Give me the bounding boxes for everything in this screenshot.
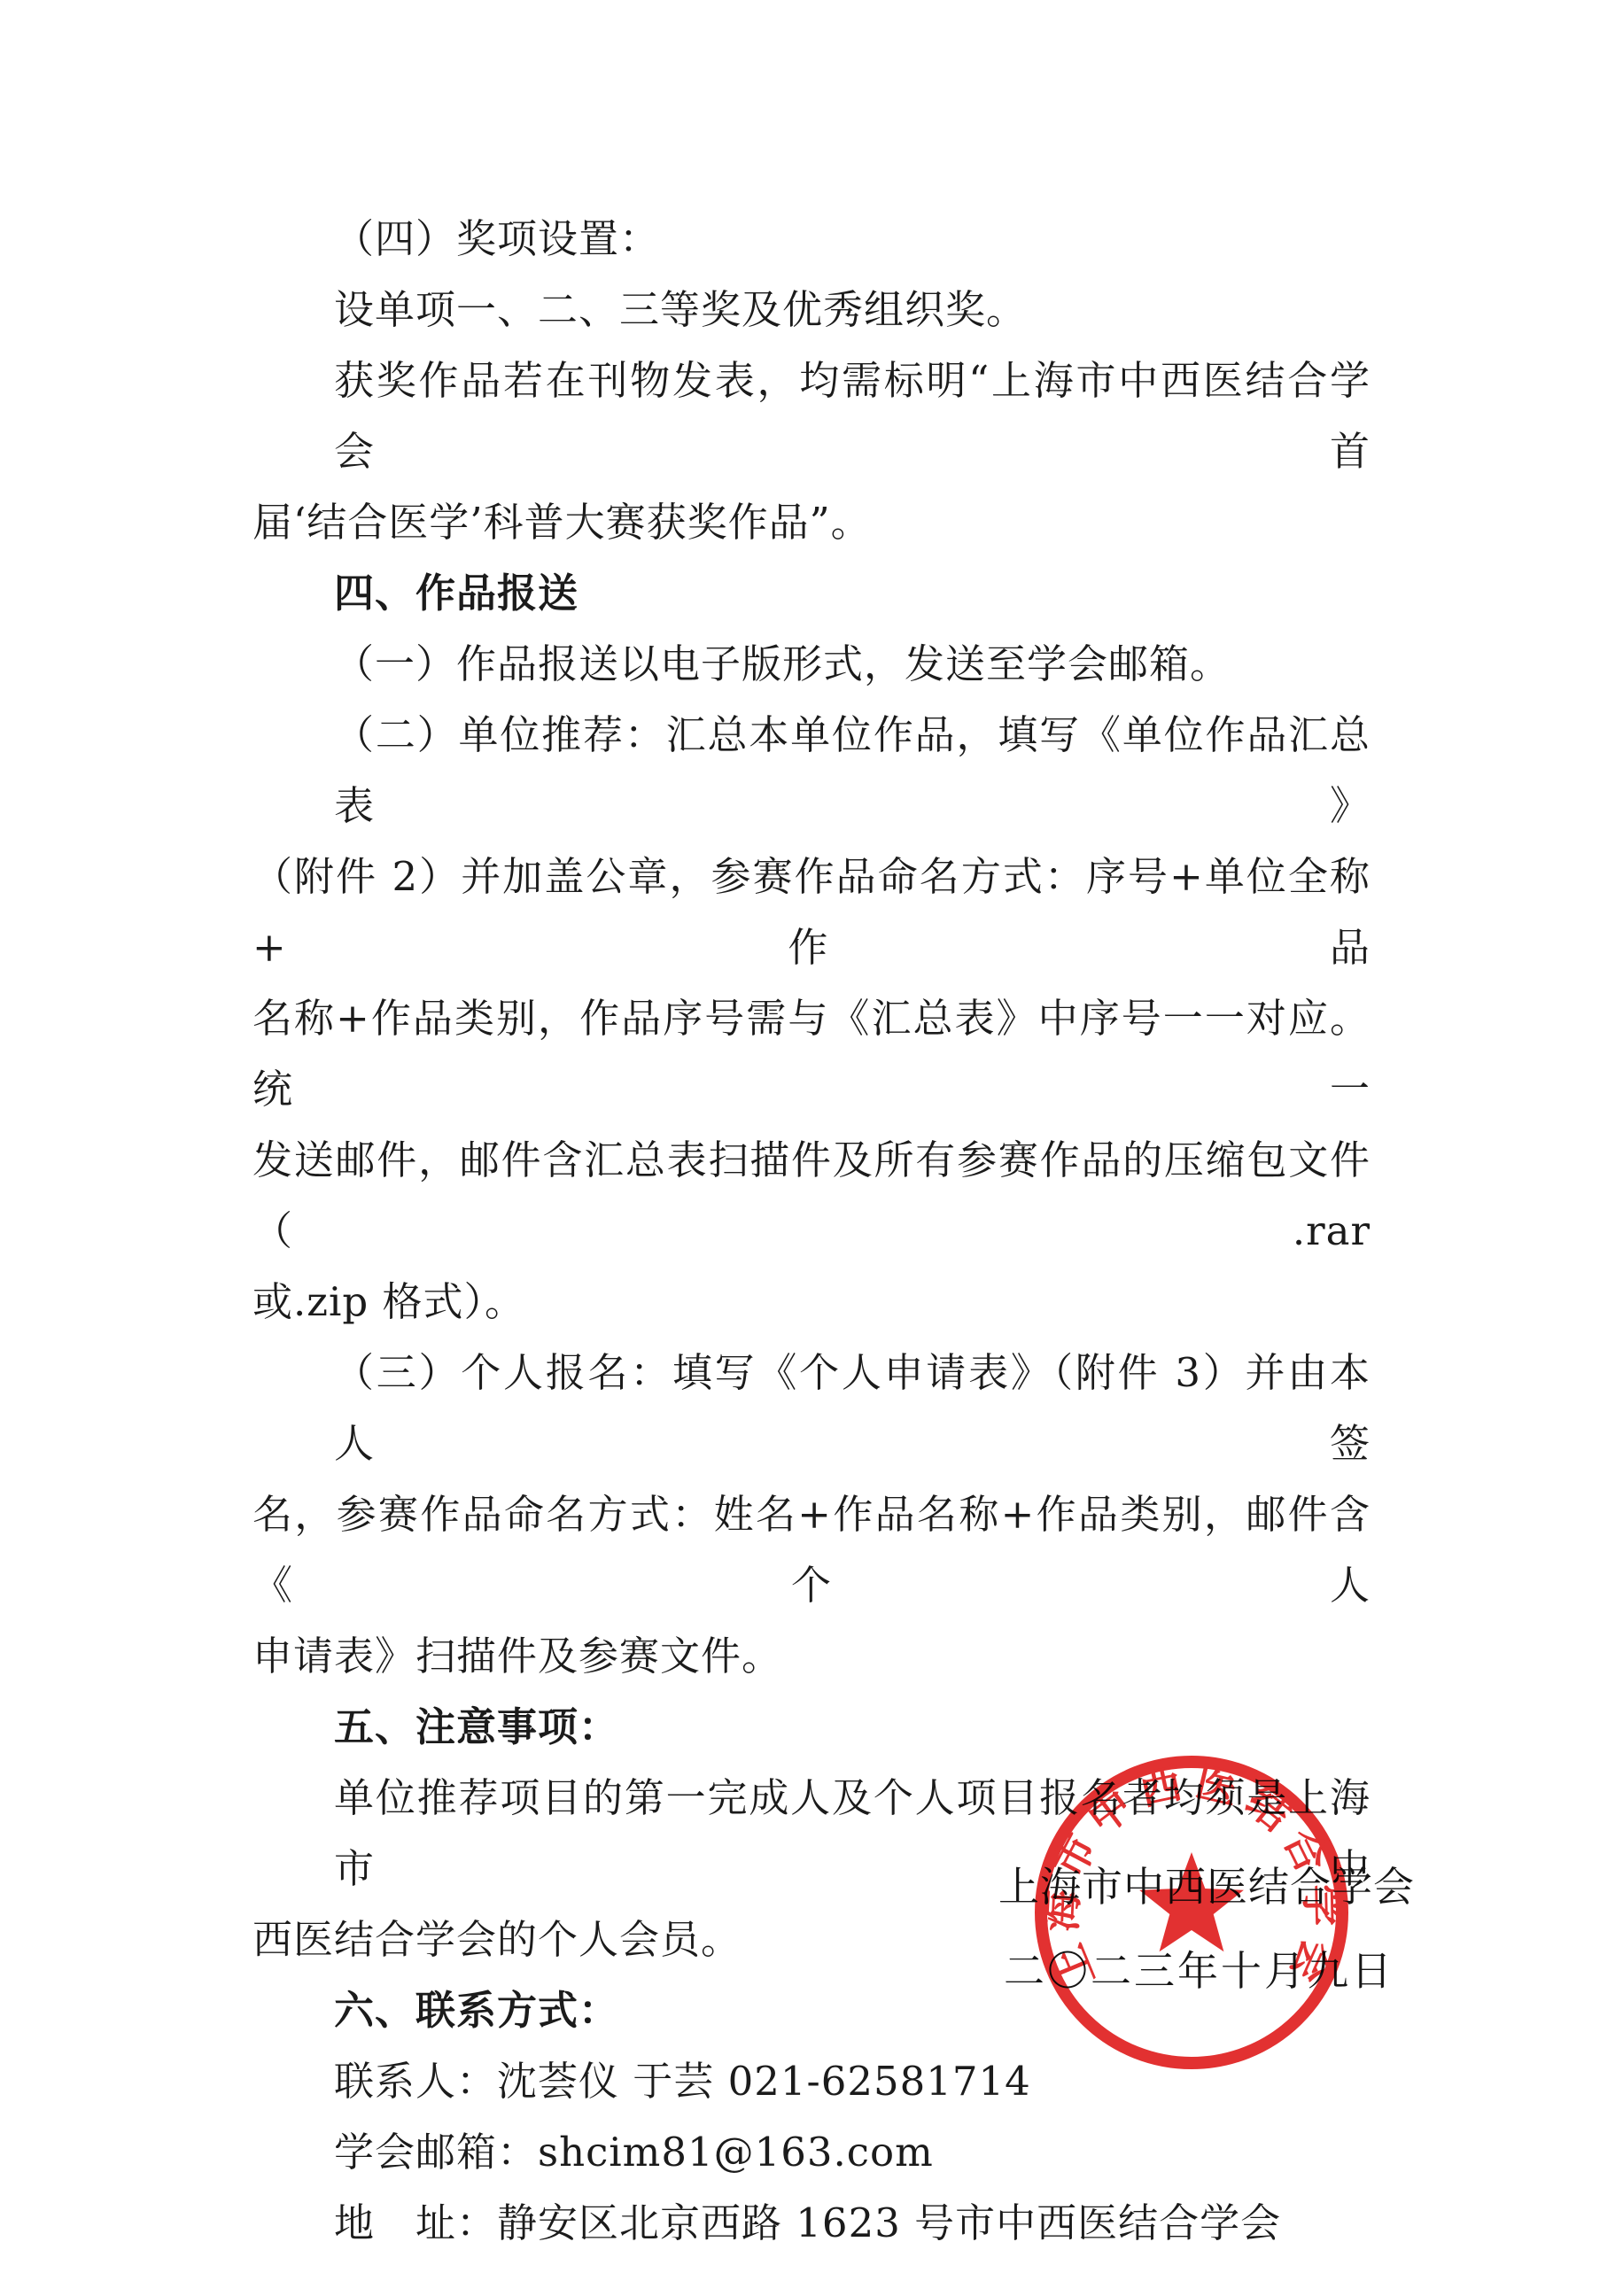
doc-line: 名，参赛作品命名方式：姓名+作品名称+作品类别，邮件含《个人: [252, 1479, 1371, 1621]
official-seal: 上海市中西医结合学会: [997, 1718, 1386, 2107]
doc-line: （三）个人报名：填写《个人申请表》（附件 3）并由本人签: [252, 1338, 1371, 1479]
doc-line: （附件 2）并加盖公章，参赛作品命名方式：序号+单位全称+作品: [252, 842, 1371, 983]
doc-line: 申请表》扫描件及参赛文件。: [252, 1621, 1371, 1692]
doc-line: （一）作品报送以电子版形式，发送至学会邮箱。: [252, 629, 1371, 700]
seal-star-icon: [1139, 1852, 1244, 1951]
doc-line: 名称+作品类别，作品序号需与《汇总表》中序号一一对应。统一: [252, 983, 1371, 1125]
doc-line: 或.zip 格式）。: [252, 1267, 1371, 1338]
doc-line: 设单项一、二、三等奖及优秀组织奖。: [252, 275, 1371, 345]
contact-address-line: 地 址：静安区北京西路 1623 号市中西医结合学会: [252, 2188, 1371, 2259]
document-page: （四）奖项设置： 设单项一、二、三等奖及优秀组织奖。 获奖作品若在刊物发表，均需…: [0, 0, 1623, 2296]
contact-email-line: 学会邮箱：shcim81@163.com: [252, 2117, 1371, 2188]
doc-line: 获奖作品若在刊物发表，均需标明“上海市中西医结合学会首: [252, 345, 1371, 487]
doc-line: （四）奖项设置：: [252, 204, 1371, 275]
doc-line: 届‘结合医学’科普大赛获奖作品”。: [252, 487, 1371, 558]
doc-line: 发送邮件，邮件含汇总表扫描件及所有参赛作品的压缩包文件（.rar: [252, 1125, 1371, 1267]
doc-line: （二）单位推荐：汇总本单位作品，填写《单位作品汇总表》: [252, 700, 1371, 842]
section-heading-4: 四、作品报送: [252, 558, 1371, 629]
